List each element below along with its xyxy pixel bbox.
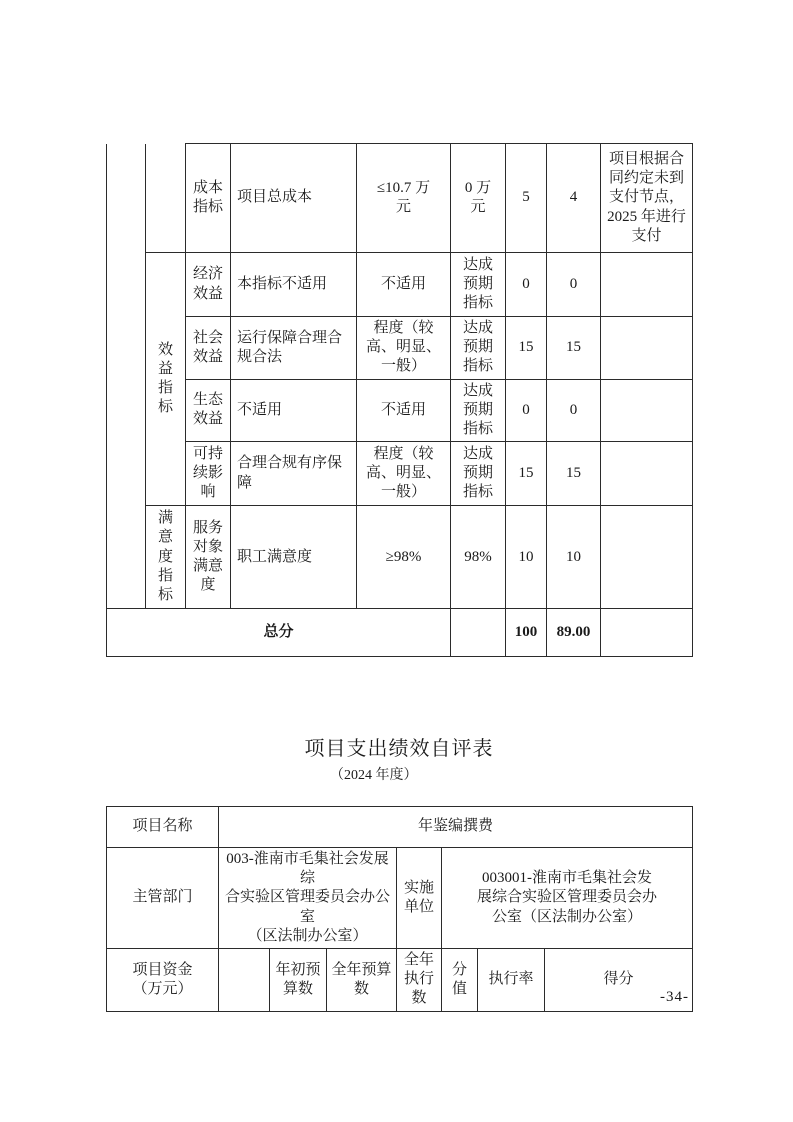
table-row: 项目资金 （万元） 年初预 算数 全年预算 数 全年 执行 数 分 值 执行率 … [107,948,693,1011]
actual-value-cell: 达成 预期 指标 [451,442,506,506]
project-self-evaluation-table: 项目名称 年鉴编撰费 主管部门 003-淮南市毛集社会发展综 合实验区管理委员会… [106,806,693,1012]
category-cell: 成本 指标 [186,144,231,253]
actual-value-cell: 达成 预期 指标 [451,379,506,442]
project-funds-label-cell: 项目资金 （万元） [107,948,219,1011]
indicator-name-cell: 项目总成本 [231,144,357,253]
dept-value-cell: 003-淮南市毛集社会发展综 合实验区管理委员会办公室 （区法制办公室） [219,848,397,949]
score-cell: 10 [547,506,601,609]
score-cell: 4 [547,144,601,253]
points-cell: 15 [506,317,547,380]
table-row: 可持 续影 响 合理合规有序保 障 程度（较 高、明显、 一般） 达成 预期 指… [107,442,693,506]
total-label-cell: 总分 [107,609,451,657]
actual-value-cell: 98% [451,506,506,609]
document-page: 成本 指标 项目总成本 ≤10.7 万 元 0 万 元 5 4 项目根据合 同约… [0,0,793,1122]
satisfaction-indicator-group-cell: 满 意 度 指 标 [146,506,186,609]
points-cell: 5 [506,144,547,253]
indicator-name-cell: 不适用 [231,379,357,442]
table-row: 项目名称 年鉴编撰费 [107,807,693,848]
deviation-note-cell [601,253,693,317]
indicator-name-cell: 本指标不适用 [231,253,357,317]
target-value-cell: 程度（较 高、明显、 一般） [357,317,451,380]
category-cell: 经济 效益 [186,253,231,317]
target-value-cell: ≤10.7 万 元 [357,144,451,253]
table-row: 满 意 度 指 标 服务 对象 满意 度 职工满意度 ≥98% 98% 10 1… [107,506,693,609]
project-name-value-cell: 年鉴编撰费 [219,807,693,848]
impl-unit-label-cell: 实施 单位 [397,848,442,949]
points-cell: 0 [506,253,547,317]
indicator-name-cell: 职工满意度 [231,506,357,609]
score-cell: 0 [547,379,601,442]
points-cell: 15 [506,442,547,506]
category-cell: 生态 效益 [186,379,231,442]
total-note-spacer-cell [601,609,693,657]
page-number: -34- [660,989,689,1006]
deviation-note-cell [601,379,693,442]
target-value-cell: 不适用 [357,379,451,442]
deviation-note-cell [601,506,693,609]
table-row: 主管部门 003-淮南市毛集社会发展综 合实验区管理委员会办公室 （区法制办公室… [107,848,693,949]
table-row: 效 益 指 标 经济 效益 本指标不适用 不适用 达成 预期 指标 0 0 [107,253,693,317]
category-cell: 社会 效益 [186,317,231,380]
points-header-cell: 分 值 [442,948,478,1011]
total-score-cell: 89.00 [547,609,601,657]
execution-rate-header-cell: 执行率 [478,948,545,1011]
table-row: 社会 效益 运行保障合理合 规合法 程度（较 高、明显、 一般） 达成 预期 指… [107,317,693,380]
annual-budget-header-cell: 全年预算 数 [327,948,397,1011]
category-cell: 可持 续影 响 [186,442,231,506]
target-value-cell: 不适用 [357,253,451,317]
total-row: 总分 100 89.00 [107,609,693,657]
score-cell: 0 [547,253,601,317]
score-cell: 15 [547,442,601,506]
total-points-cell: 100 [506,609,547,657]
actual-value-cell: 0 万 元 [451,144,506,253]
initial-budget-header-cell: 年初预 算数 [270,948,327,1011]
project-name-label-cell: 项目名称 [107,807,219,848]
deviation-note-cell: 项目根据合 同约定未到 支付节点， 2025 年进行 支付 [601,144,693,253]
actual-value-cell: 达成 预期 指标 [451,317,506,380]
funds-row-spacer-cell [219,948,270,1011]
indicator-type-spacer-cell [107,144,146,609]
actual-value-cell: 达成 预期 指标 [451,253,506,317]
indicator-name-cell: 合理合规有序保 障 [231,442,357,506]
benefit-indicator-group-cell: 效 益 指 标 [146,253,186,506]
score-cell: 15 [547,317,601,380]
group-spacer-cell [146,144,186,253]
target-value-cell: ≥98% [357,506,451,609]
page-title: 项目支出绩效自评表 [106,732,692,761]
page-subtitle: （2024 年度） [330,764,418,784]
points-cell: 10 [506,506,547,609]
performance-indicator-table: 成本 指标 项目总成本 ≤10.7 万 元 0 万 元 5 4 项目根据合 同约… [106,143,693,657]
indicator-name-cell: 运行保障合理合 规合法 [231,317,357,380]
table-row: 成本 指标 项目总成本 ≤10.7 万 元 0 万 元 5 4 项目根据合 同约… [107,144,693,253]
dept-label-cell: 主管部门 [107,848,219,949]
category-cell: 服务 对象 满意 度 [186,506,231,609]
points-cell: 0 [506,379,547,442]
annual-execution-header-cell: 全年 执行 数 [397,948,442,1011]
table-row: 生态 效益 不适用 不适用 达成 预期 指标 0 0 [107,379,693,442]
deviation-note-cell [601,317,693,380]
deviation-note-cell [601,442,693,506]
target-value-cell: 程度（较 高、明显、 一般） [357,442,451,506]
impl-unit-value-cell: 003001-淮南市毛集社会发 展综合实验区管理委员会办 公室（区法制办公室） [442,848,693,949]
total-actual-spacer-cell [451,609,506,657]
